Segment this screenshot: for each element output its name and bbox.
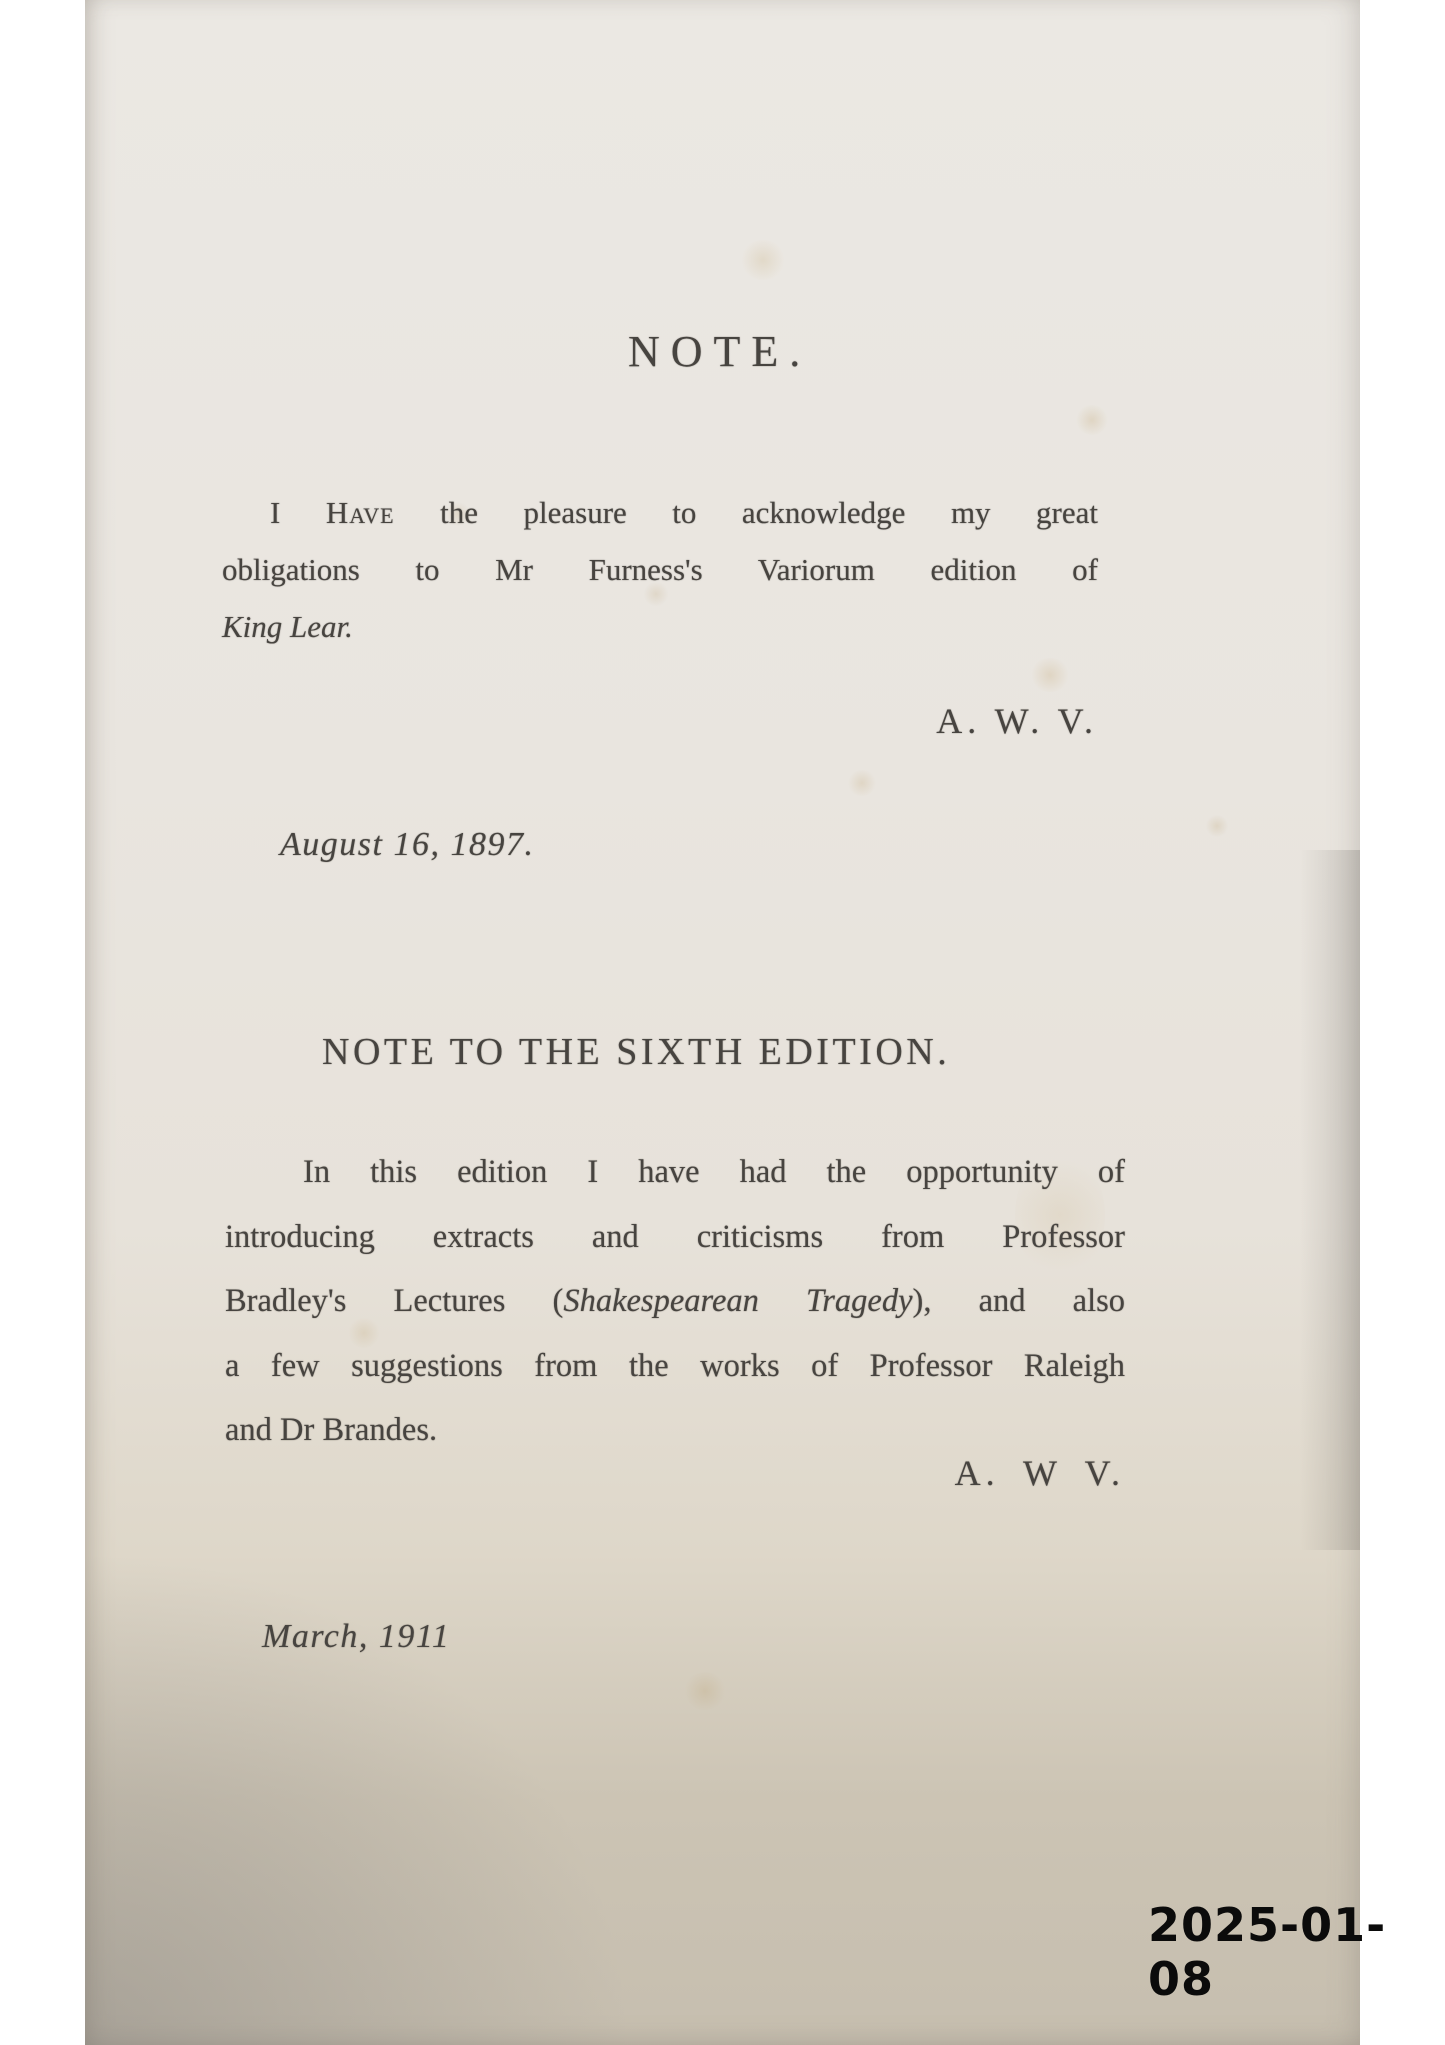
signature-initials: A. W. V. (222, 700, 1126, 742)
page-edge-shadow (1300, 850, 1360, 1550)
note-date: August 16, 1897. (280, 826, 534, 864)
paragraph-line: In this edition I have had the opportuni… (225, 1140, 1125, 1205)
edition-date: March, 1911 (262, 1618, 450, 1656)
foxing-spot (847, 770, 877, 796)
paragraph-line: King Lear. (222, 598, 1098, 655)
camera-date-stamp: 2025-01-08 (1148, 1898, 1445, 2006)
paragraph-line: introducing extracts and criticisms from… (225, 1205, 1125, 1270)
scanned-book-photo: NOTE. I Have the pleasure to acknowledge… (0, 0, 1445, 2045)
note-heading: NOTE. (628, 326, 811, 377)
sixth-edition-paragraph: In this edition I have had the opportuni… (225, 1140, 1125, 1463)
foxing-spot (1205, 815, 1229, 837)
signature-initials: A. W V. (225, 1452, 1125, 1494)
paragraph-line: I Have the pleasure to acknowledge my gr… (222, 484, 1098, 541)
paragraph-line: a few suggestions from the works of Prof… (225, 1334, 1125, 1399)
foxing-spot (1030, 658, 1070, 692)
book-page: NOTE. I Have the pleasure to acknowledge… (85, 0, 1360, 2045)
foxing-spot (740, 240, 786, 280)
paragraph-line: obligations to Mr Furness's Variorum edi… (222, 541, 1098, 598)
foxing-spot (1075, 405, 1109, 435)
page-shadow (85, 1485, 705, 2045)
paragraph-line: Bradley's Lectures (Shakespearean Traged… (225, 1269, 1125, 1334)
note-paragraph: I Have the pleasure to acknowledge my gr… (222, 484, 1098, 655)
sixth-edition-heading: NOTE TO THE SIXTH EDITION. (322, 1030, 950, 1074)
